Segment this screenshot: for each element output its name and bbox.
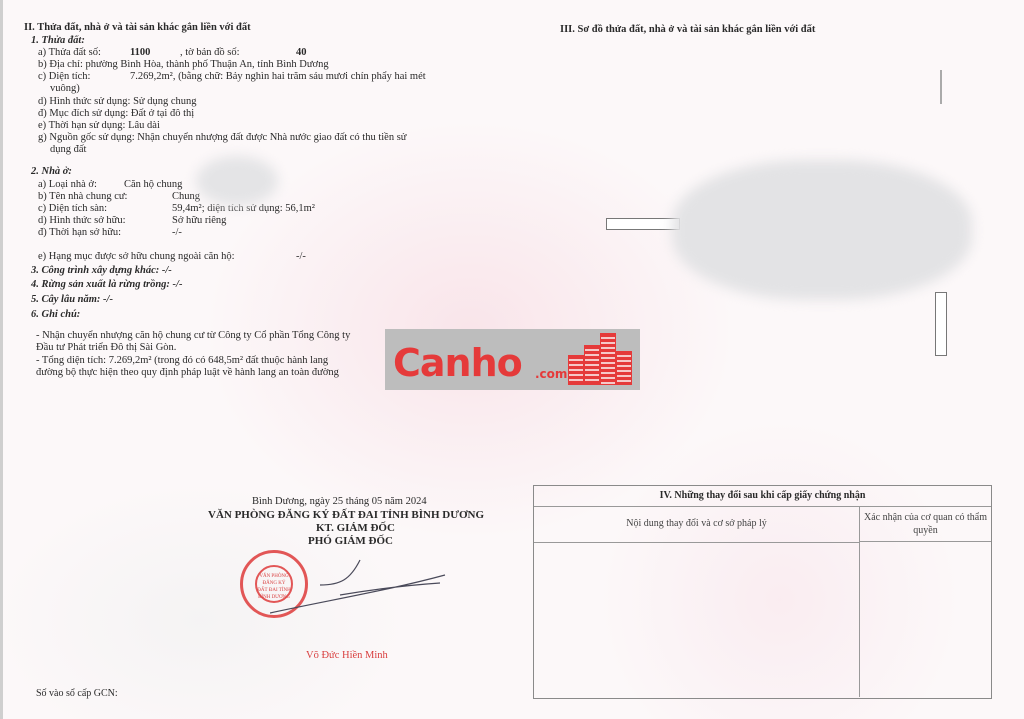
- redaction-blur: [196, 156, 278, 206]
- redaction-blur: [672, 160, 972, 300]
- item-5: 5. Cây lâu năm: -/-: [31, 294, 113, 306]
- use-purpose: đ) Mục đích sử dụng: Đất ở tại đô thị: [38, 108, 194, 120]
- changes-table: IV. Những thay đổi sau khi cấp giấy chứn…: [533, 485, 992, 699]
- ownership-label: d) Hình thức sở hữu:: [38, 215, 126, 227]
- house-type-value: Căn hộ chung: [124, 179, 182, 191]
- note-line-4: đường bộ thực hiện theo quy định pháp lu…: [36, 367, 339, 379]
- section4-title: IV. Những thay đổi sau khi cấp giấy chứn…: [534, 486, 991, 507]
- term-value: -/-: [172, 227, 182, 239]
- ownership-value: Sở hữu riêng: [172, 215, 226, 227]
- area-label: c) Diện tích:: [38, 71, 90, 83]
- diagram-shape: [935, 292, 947, 356]
- item-3: 3. Công trình xây dựng khác: -/-: [31, 265, 172, 277]
- diagram-shape: [606, 218, 680, 230]
- note-line-3: - Tổng diện tích: 7.269,2m² (trong đó có…: [36, 355, 328, 367]
- date-line: Bình Dương, ngày 25 tháng 05 năm 2024: [252, 496, 427, 508]
- page-edge: [0, 0, 3, 719]
- address: b) Địa chỉ: phường Bình Hòa, thành phố T…: [38, 59, 329, 71]
- kt-director: KT. GIÁM ĐỐC: [316, 522, 395, 534]
- column-header-content: Nội dung thay đổi và cơ sở pháp lý: [534, 506, 860, 543]
- section2-title: II. Thửa đất, nhà ở và tài sản khác gắn …: [24, 22, 251, 33]
- parcel-label: a) Thửa đất số:: [38, 47, 101, 59]
- building-label: b) Tên nhà chung cư:: [38, 191, 127, 203]
- use-origin: g) Nguồn gốc sử dụng: Nhận chuyển nhượng…: [38, 132, 407, 144]
- common-value: -/-: [296, 251, 306, 263]
- column-header-confirmation: Xác nhận của cơ quan có thẩm quyền: [860, 506, 991, 542]
- item-4: 4. Rừng sản xuất là rừng trồng: -/-: [31, 279, 182, 291]
- signer-name: Võ Đức Hiền Minh: [306, 650, 388, 662]
- registry-label: Số vào sổ cấp GCN:: [36, 688, 118, 700]
- watermark-brand: Canho: [393, 341, 522, 385]
- common-label: e) Hạng mục được sở hữu chung ngoài căn …: [38, 251, 235, 263]
- note-line-2: Đầu tư Phát triển Đô thị Sài Gòn.: [36, 342, 176, 354]
- use-term: e) Thời hạn sử dụng: Lâu dài: [38, 120, 160, 132]
- term-label: đ) Thời hạn sở hữu:: [38, 227, 121, 239]
- use-origin-cont: dụng đất: [50, 144, 86, 156]
- watermark-logo: Canho .com.vn: [385, 329, 640, 390]
- floor-area-label: c) Diện tích sàn:: [38, 203, 107, 215]
- signature-stroke-icon: [270, 555, 450, 615]
- house-heading: 2. Nhà ở:: [31, 166, 72, 178]
- section3-title: III. Sơ đồ thửa đất, nhà ở và tài sản kh…: [560, 24, 815, 35]
- building-icon: [568, 333, 636, 385]
- land-heading: 1. Thửa đất:: [31, 35, 85, 47]
- parcel-number: 1100: [130, 47, 150, 59]
- building-value: Chung: [172, 191, 200, 203]
- area-value-cont: vuông): [50, 83, 80, 95]
- office-name: VĂN PHÒNG ĐĂNG KÝ ĐẤT ĐAI TỈNH BÌNH DƯƠN…: [208, 509, 484, 521]
- deputy-director: PHÓ GIÁM ĐỐC: [308, 535, 393, 547]
- north-arrow-icon: [940, 70, 942, 104]
- map-sheet-number: 40: [296, 47, 307, 59]
- table-divider: [859, 542, 860, 697]
- use-form: d) Hình thức sử dụng: Sử dụng chung: [38, 96, 197, 108]
- map-sheet-label: , tờ bản đồ số:: [180, 47, 240, 59]
- note-line-1: - Nhận chuyển nhượng căn hộ chung cư từ …: [36, 330, 350, 342]
- notes-heading: 6. Ghi chú:: [31, 309, 80, 321]
- area-value: 7.269,2m², (bằng chữ: Bảy nghìn hai trăm…: [130, 71, 426, 83]
- house-type-label: a) Loại nhà ở:: [38, 179, 97, 191]
